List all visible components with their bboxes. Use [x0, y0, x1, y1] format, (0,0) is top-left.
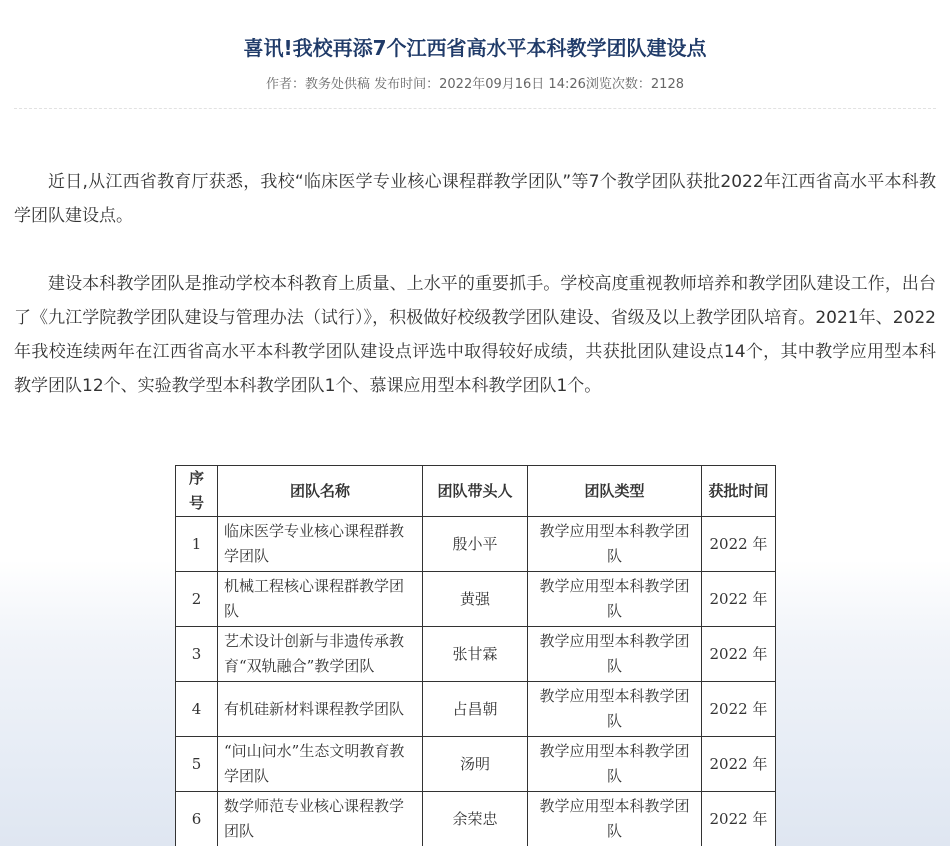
cell-team-leader: 殷小平 — [423, 517, 528, 572]
cell-team-name: 数学师范专业核心课程教学团队 — [218, 792, 423, 846]
cell-team-type: 教学应用型本科教学团队 — [528, 682, 702, 737]
cell-team-name: 有机硅新材料课程教学团队 — [218, 682, 423, 737]
cell-team-name: 艺术设计创新与非遗传承教育“双轨融合”教学团队 — [218, 627, 423, 682]
table-row: 5 “问山问水”生态文明教育教学团队 汤明 教学应用型本科教学团队 2022 年 — [176, 737, 776, 792]
article-body: 近日,从江西省教育厅获悉，我校“临床医学专业核心课程群教学团队”等7个教学团队获… — [14, 165, 936, 437]
cell-approval-time: 2022 年 — [702, 517, 776, 572]
cell-approval-time: 2022 年 — [702, 572, 776, 627]
paragraph-details: 建设本科教学团队是推动学校本科教育上质量、上水平的重要抓手。学校高度重视教师培养… — [14, 267, 936, 403]
cell-approval-time: 2022 年 — [702, 792, 776, 846]
table-row: 4 有机硅新材料课程教学团队 占昌朝 教学应用型本科教学团队 2022 年 — [176, 682, 776, 737]
header-team-name: 团队名称 — [218, 466, 423, 517]
cell-team-type: 教学应用型本科教学团队 — [528, 737, 702, 792]
cell-team-type: 教学应用型本科教学团队 — [528, 792, 702, 846]
article-title: 喜讯!我校再添7个江西省高水平本科教学团队建设点 — [0, 34, 950, 62]
cell-team-leader: 余荣忠 — [423, 792, 528, 846]
teams-table: 序号 团队名称 团队带头人 团队类型 获批时间 1 临床医学专业核心课程群教学团… — [175, 465, 776, 846]
cell-index: 5 — [176, 737, 218, 792]
cell-team-leader: 黄强 — [423, 572, 528, 627]
table-row: 6 数学师范专业核心课程教学团队 余荣忠 教学应用型本科教学团队 2022 年 — [176, 792, 776, 846]
cell-team-type: 教学应用型本科教学团队 — [528, 627, 702, 682]
article-meta: 作者：教务处供稿 发布时间：2022年09月16日 14:26浏览次数：2128 — [0, 75, 950, 95]
cell-team-leader: 汤明 — [423, 737, 528, 792]
cell-index: 1 — [176, 517, 218, 572]
cell-approval-time: 2022 年 — [702, 682, 776, 737]
cell-team-name: 机械工程核心课程群教学团队 — [218, 572, 423, 627]
cell-approval-time: 2022 年 — [702, 737, 776, 792]
header-team-leader: 团队带头人 — [423, 466, 528, 517]
table-row: 3 艺术设计创新与非遗传承教育“双轨融合”教学团队 张甘霖 教学应用型本科教学团… — [176, 627, 776, 682]
cell-team-type: 教学应用型本科教学团队 — [528, 517, 702, 572]
cell-approval-time: 2022 年 — [702, 627, 776, 682]
cell-team-name: “问山问水”生态文明教育教学团队 — [218, 737, 423, 792]
paragraph-intro: 近日,从江西省教育厅获悉，我校“临床医学专业核心课程群教学团队”等7个教学团队获… — [14, 165, 936, 233]
header-index: 序号 — [176, 466, 218, 517]
cell-team-type: 教学应用型本科教学团队 — [528, 572, 702, 627]
table-row: 2 机械工程核心课程群教学团队 黄强 教学应用型本科教学团队 2022 年 — [176, 572, 776, 627]
cell-team-leader: 张甘霖 — [423, 627, 528, 682]
header-approval-time: 获批时间 — [702, 466, 776, 517]
cell-team-leader: 占昌朝 — [423, 682, 528, 737]
header-team-type: 团队类型 — [528, 466, 702, 517]
title-divider — [14, 108, 936, 109]
teams-table-container: 序号 团队名称 团队带头人 团队类型 获批时间 1 临床医学专业核心课程群教学团… — [175, 465, 776, 846]
cell-index: 4 — [176, 682, 218, 737]
table-header-row: 序号 团队名称 团队带头人 团队类型 获批时间 — [176, 466, 776, 517]
cell-index: 2 — [176, 572, 218, 627]
table-row: 1 临床医学专业核心课程群教学团队 殷小平 教学应用型本科教学团队 2022 年 — [176, 517, 776, 572]
cell-index: 6 — [176, 792, 218, 846]
cell-index: 3 — [176, 627, 218, 682]
cell-team-name: 临床医学专业核心课程群教学团队 — [218, 517, 423, 572]
